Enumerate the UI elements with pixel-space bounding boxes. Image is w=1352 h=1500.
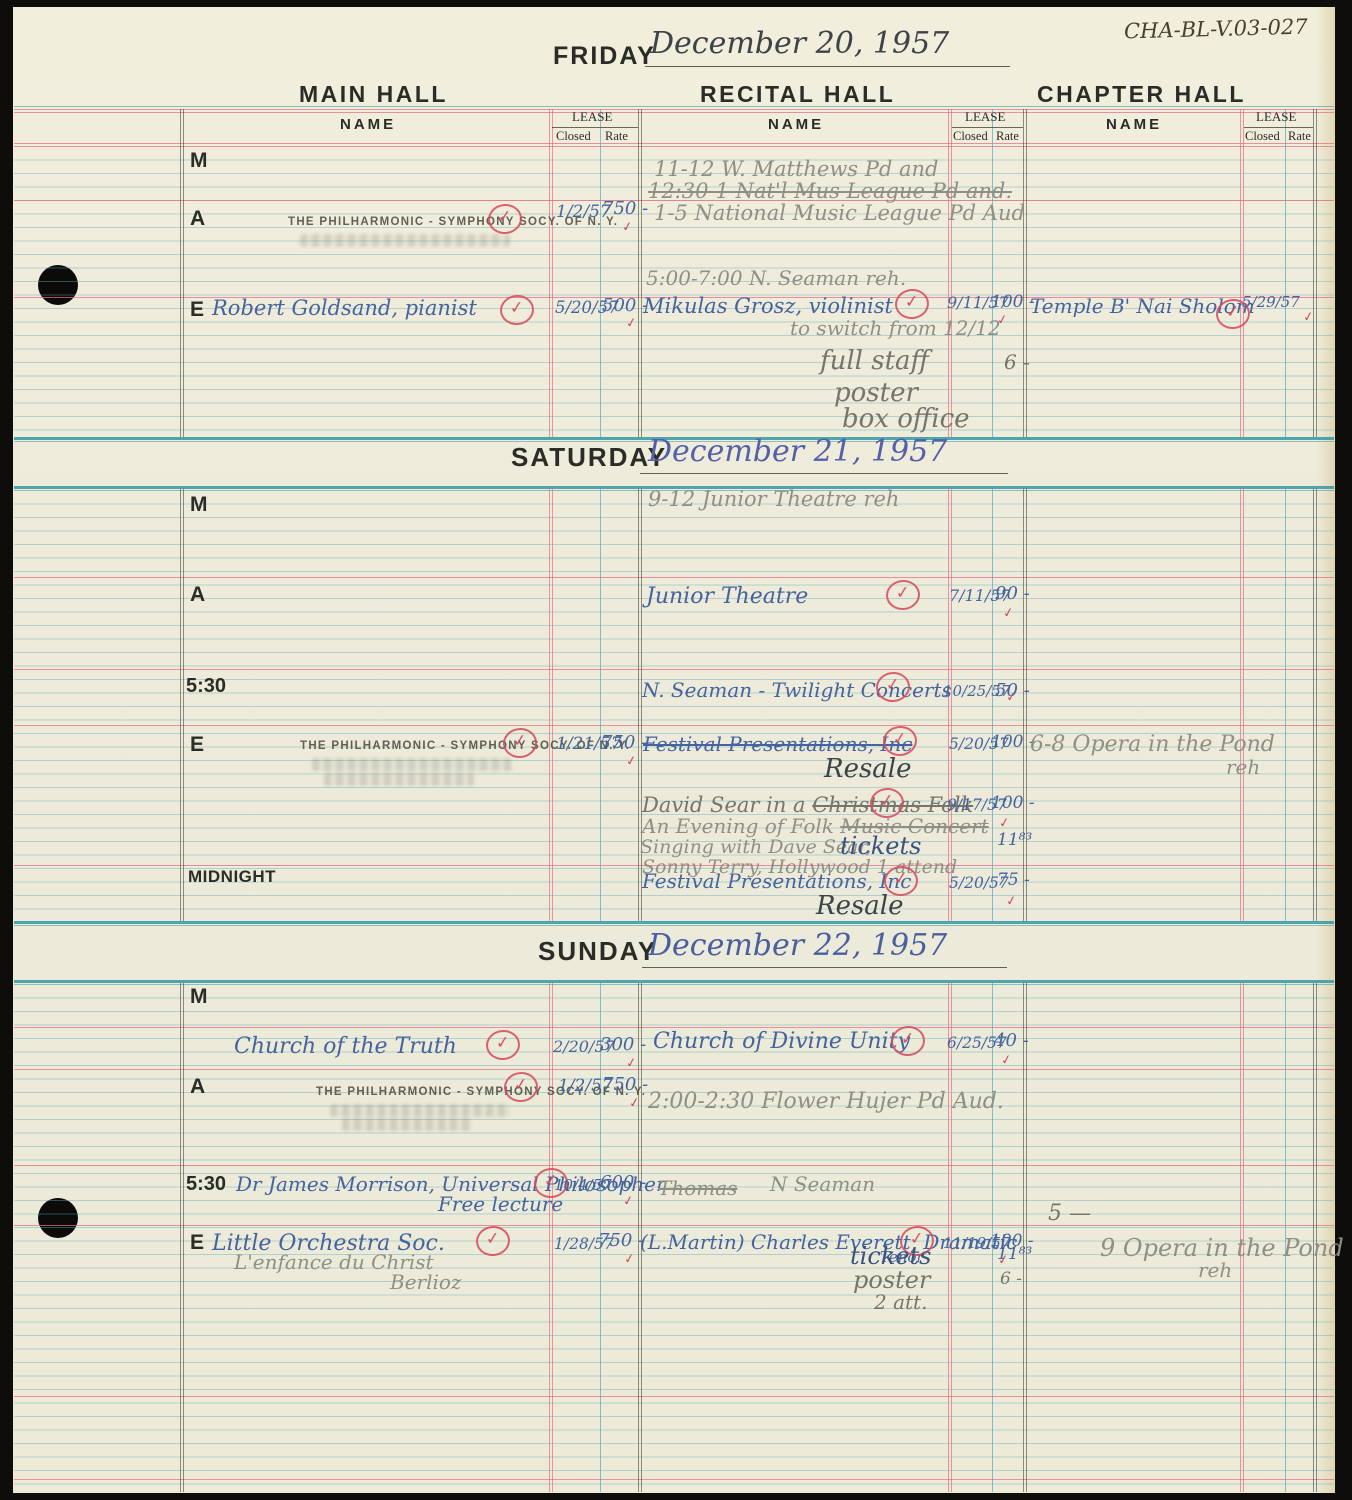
rule-line [14,1027,1334,1028]
column-divider [1313,109,1317,437]
red-tick-icon: ✓ [621,219,634,236]
rule-line [14,1225,1334,1226]
rule-line [552,127,638,128]
lease-rate: 500 - [602,297,648,316]
red-tick-icon: ✓ [625,315,638,332]
lease-closed: 5/29/57 [1242,295,1300,311]
hall-title-recital: RECITAL HALL [700,82,895,106]
red-tick-icon: ✓ [1005,893,1018,910]
note-five: 5 — [1048,1202,1091,1225]
stamp-smudge [324,773,474,786]
entry-singing: Singing with Dave Sear, [640,838,871,858]
lease-rate: 11⁸³ [997,832,1032,850]
section-divider [14,921,1334,926]
entry-junior-reh: 9-12 Junior Theatre reh [648,488,899,510]
date-sunday: December 22, 1957 [648,930,947,962]
date-underline [640,473,1008,474]
note-switch: to switch from 12/12 [790,318,1001,339]
col-header-rate: Rate [605,130,628,143]
date-friday: December 20, 1957 [650,28,949,60]
row-label-530: 5:30 [186,676,226,697]
column-divider [1285,109,1286,437]
row-label-m: M [190,150,208,172]
entry-flower-hujer: 2:00-2:30 Flower Hujer Pd Aud. [648,1090,1004,1113]
entry-matthews: 11-12 W. Matthews Pd and [654,158,939,180]
col-header-rate: Rate [1288,130,1311,143]
rule-line [1244,127,1313,128]
column-divider [992,109,993,437]
column-divider [600,109,601,437]
hall-title-chapter: CHAPTER HALL [1037,82,1246,106]
entry-league: 1-5 National Music League Pd Aud [654,202,1025,224]
col-header-lease: LEASE [572,110,612,124]
lease-rate: 11⁸³ [997,1246,1032,1264]
stamp-smudge [300,234,510,247]
date-underline [642,967,1007,968]
row-label-m: M [190,986,208,1008]
red-tick-icon: ✓ [622,1193,635,1210]
note-resale: Resale [824,756,912,783]
col-header-lease: LEASE [1256,110,1296,124]
day-label-saturday: SATURDAY [511,444,667,471]
date-saturday: December 21, 1957 [648,436,947,468]
entry-n-seaman: N Seaman [770,1174,875,1195]
note-fee: 6 - [1004,352,1030,373]
entry-grosz: Mikulas Grosz, violinist [643,295,893,317]
red-tick-icon: ✓ [628,1095,641,1112]
column-divider [549,489,553,921]
archive-code: CHA-BL-V.03-027 [1124,16,1308,43]
stamp-smudge [330,1104,510,1117]
note-attend: 2 att. [874,1292,927,1313]
rule-line [14,109,1334,113]
rule-line [14,1396,1334,1397]
entry-seaman-reh: 5:00-7:00 N. Seaman reh. [646,268,906,289]
column-divider [1240,489,1244,921]
lease-rate: 75 - [997,872,1030,890]
lease-rate: 100 - [991,294,1035,312]
rule-line [14,1165,1334,1166]
entry-opera-reh: reh [1198,1260,1232,1281]
red-tick-icon: ✓ [1302,309,1315,326]
note-box-office: box office [842,406,970,433]
row-label-e: E [190,1232,204,1254]
lease-rate: 750 - [598,1232,644,1251]
rule-line [14,577,1334,578]
col-header-lease: LEASE [965,110,1005,124]
entry-junior-theatre: Junior Theatre [646,585,808,608]
lease-rate: 100 - [991,734,1035,752]
col-header-closed: Closed [556,130,591,143]
column-divider [180,489,184,921]
row-label-m: M [190,494,208,516]
lease-rate: 750 - [601,734,647,753]
column-divider [992,489,993,921]
entry-david-sear: David Sear in a Christmas Folk [642,794,973,816]
entry-opera-pond: 6-8 Opera in the Pond [1030,733,1275,756]
column-divider [948,109,952,437]
column-divider [549,109,553,437]
red-tick-icon: ✓ [1002,605,1015,622]
column-divider [600,489,601,921]
stamp-smudge [342,1118,472,1131]
entry-opera-reh: reh [1226,757,1260,778]
hall-title-main: MAIN HALL [299,82,448,106]
date-underline [645,66,1010,67]
entry-evening-folk: An Evening of Folk Music Concert [642,816,989,837]
row-label-e: E [190,734,204,756]
rule-line [14,1069,1334,1070]
red-tick-icon: ✓ [625,1055,638,1072]
column-divider [1023,109,1027,437]
lease-rate: 90 - [995,585,1030,604]
rule-line [952,127,1023,128]
rule-line [14,106,1334,107]
entry-festival-2: Festival Presentations, Inc [642,871,911,892]
column-divider [1240,109,1244,437]
entry-thomas-struck: Thomas [658,1178,737,1199]
red-tick-icon: ✓ [625,753,638,770]
lease-rate: 100 - [991,795,1035,813]
entry-church-truth: Church of the Truth [234,1035,457,1058]
rule-line [14,669,1334,670]
row-label-e: E [190,299,204,321]
col-header-name: NAME [768,117,824,133]
note-full-staff: full staff [820,348,929,375]
column-divider [638,109,642,437]
row-label-a: A [190,584,205,606]
column-divider [180,983,184,1492]
lease-rate: 6 - [1000,1271,1022,1289]
row-label-a: A [190,208,205,230]
day-label-friday: FRIDAY [553,43,656,69]
entry-divine-unity: Church of Divine Unity [653,1030,910,1053]
entry-evening-folk-text: An Evening of Folk [642,814,840,838]
col-header-rate: Rate [996,130,1019,143]
entry-goldsand: Robert Goldsand, pianist [212,297,477,319]
lease-rate: 600 - [600,1174,646,1193]
entry-league-struck: 12:30-1 Nat'l Mus League Pd and. [648,180,1012,202]
row-label-530: 5:30 [186,1174,226,1195]
stamp-smudge [312,758,512,771]
rule-line [14,725,1334,726]
column-divider [549,983,553,1492]
column-divider [1023,489,1027,921]
lease-rate: 300 - [600,1036,646,1055]
note-resale: Resale [816,893,904,920]
ledger-scan: { "icons": { "check": "✓" }, "page": { "… [0,0,1352,1500]
column-divider [1285,489,1286,921]
red-tick-icon: ✓ [623,1251,636,1268]
lease-rate: 750 - [602,1076,648,1095]
column-divider [180,109,184,437]
col-header-name: NAME [1106,117,1162,133]
row-label-a: A [190,1076,205,1098]
red-tick-icon: ✓ [1005,689,1018,706]
lease-rate: 40 - [994,1032,1029,1051]
red-tick-icon: ✓ [1000,1052,1013,1069]
col-header-name: NAME [340,117,396,133]
lease-rate: 750 - [602,200,648,219]
rule-line [14,1479,1334,1480]
row-label-midnight: MIDNIGHT [188,868,276,886]
col-header-closed: Closed [953,130,988,143]
entry-festival-1: Festival Presentations, Inc [643,734,912,755]
col-header-closed: Closed [1245,130,1280,143]
column-divider [1313,489,1317,921]
day-label-sunday: SUNDAY [538,938,657,965]
note-berlioz: Berlioz [390,1272,461,1293]
